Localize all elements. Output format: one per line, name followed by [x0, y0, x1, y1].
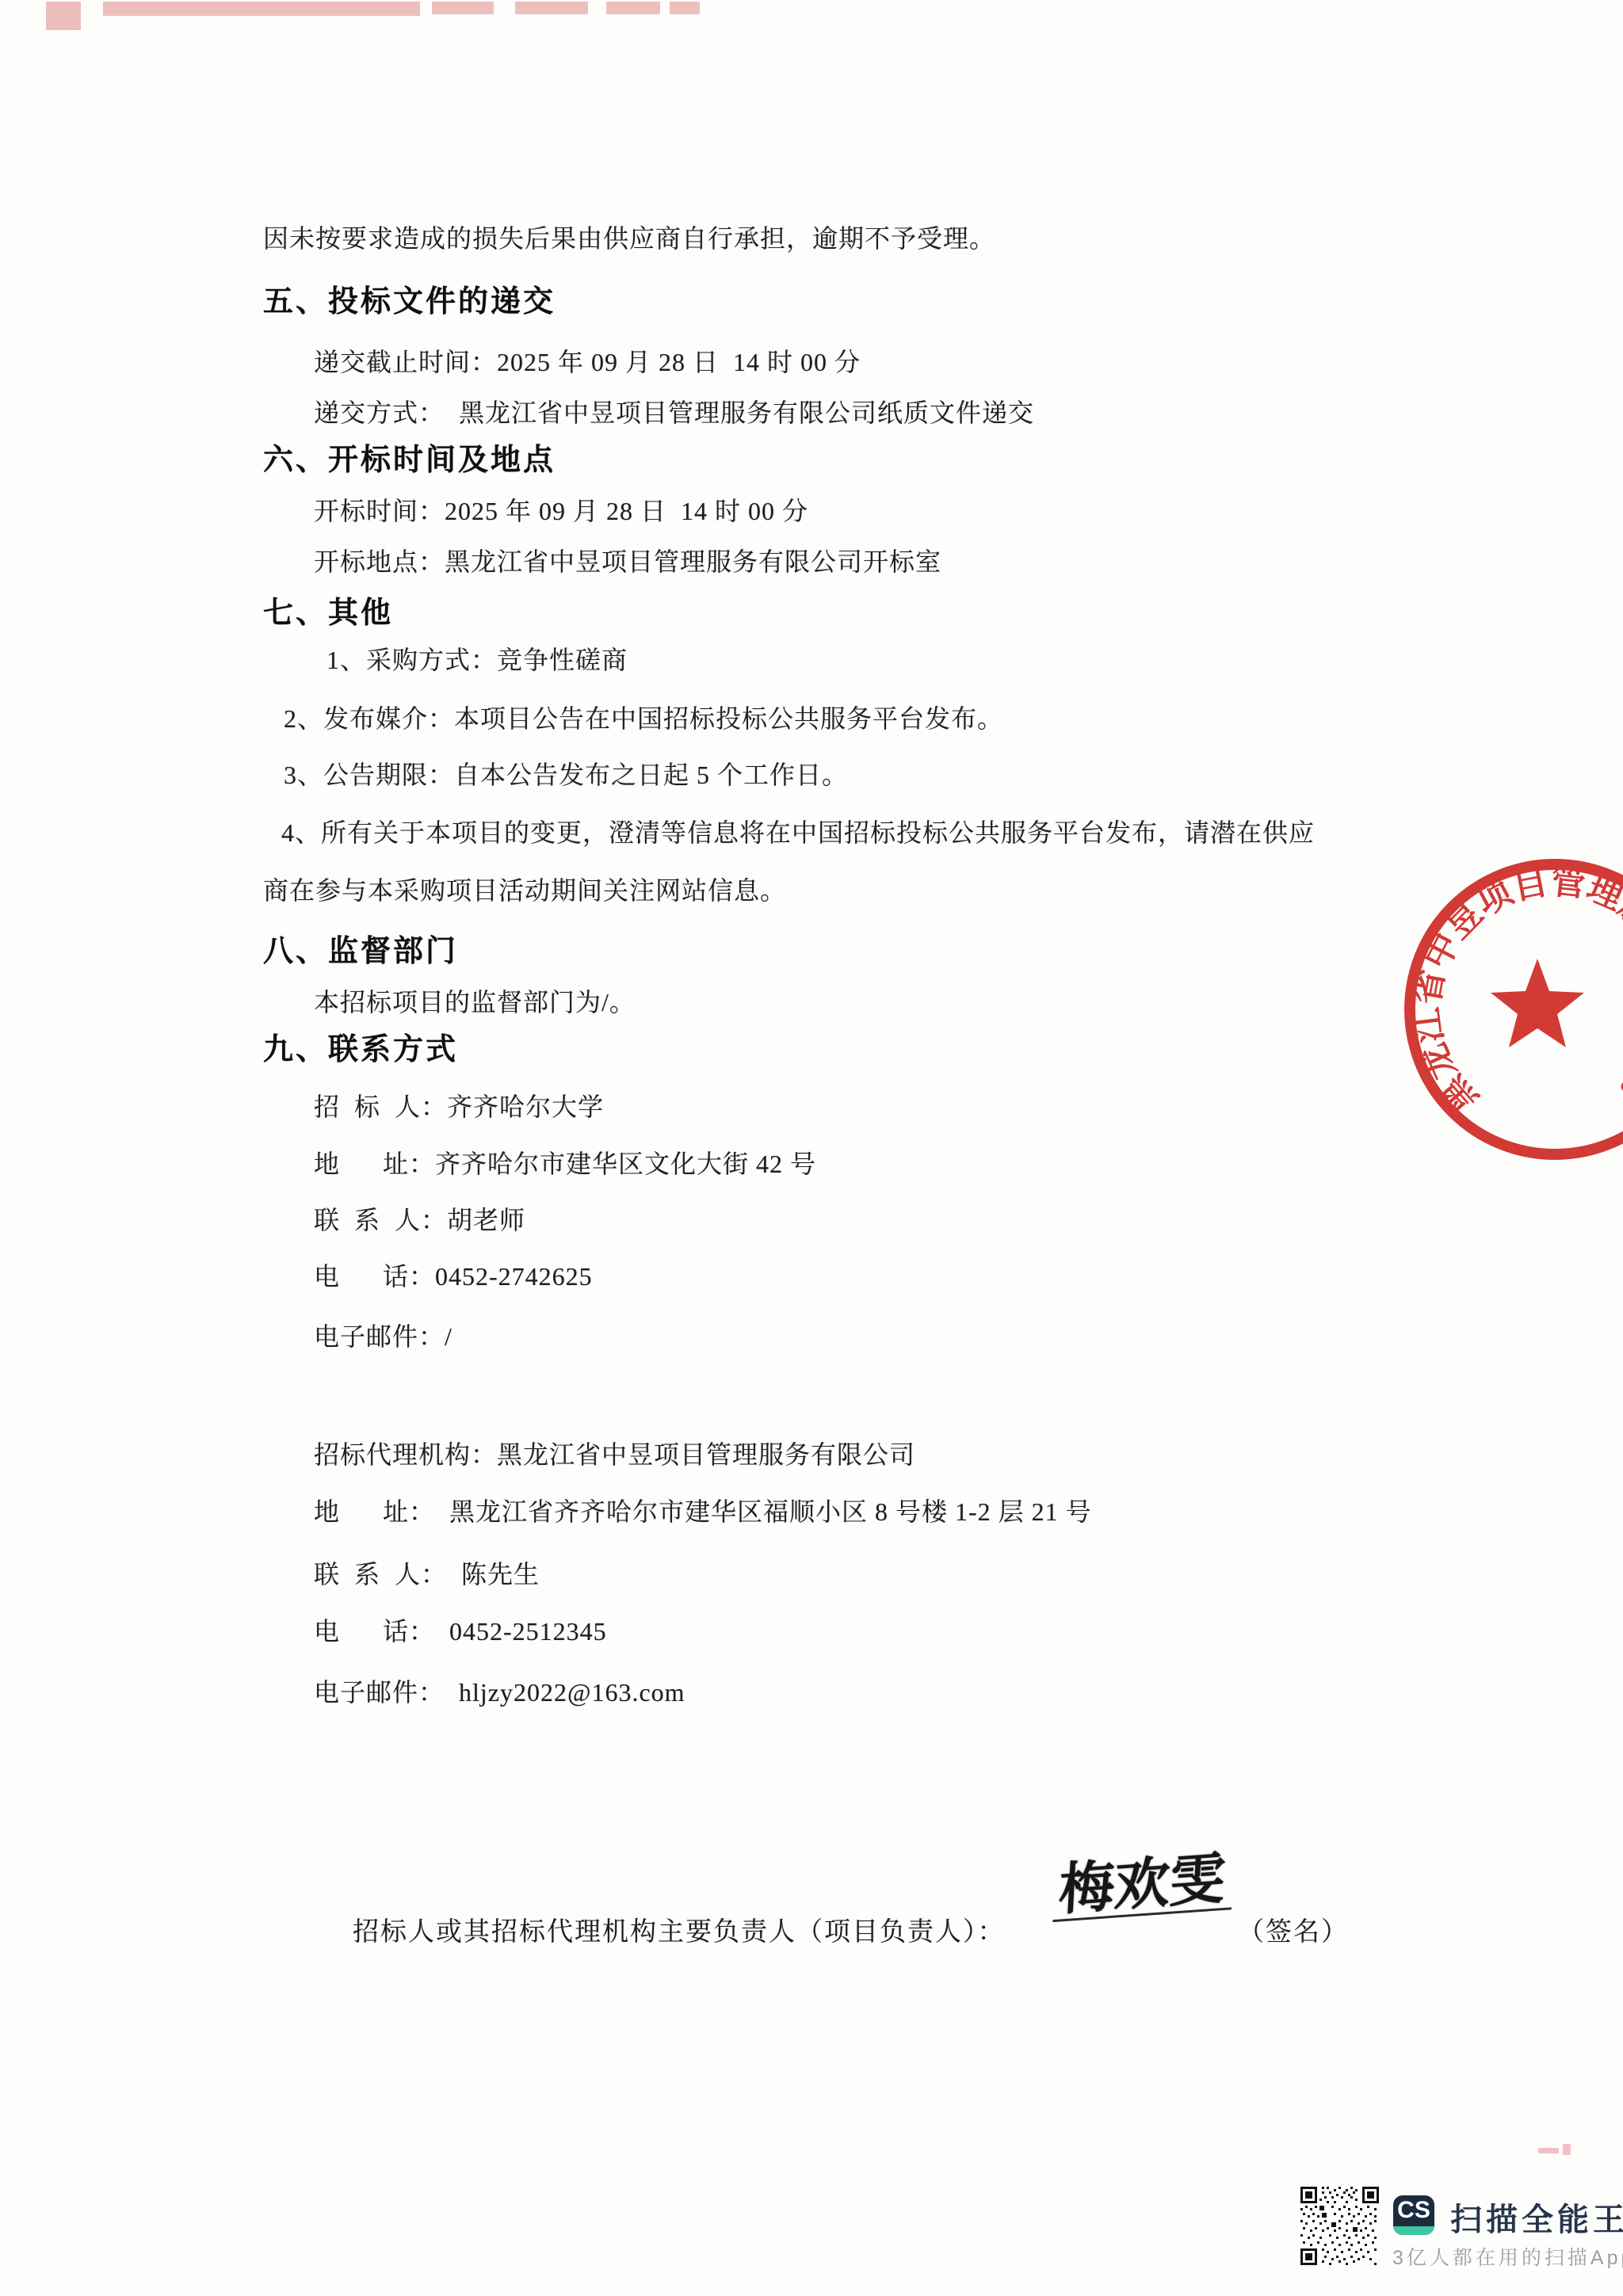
signature-label: 招标人或其招标代理机构主要负责人（项目负责人）： — [353, 1911, 1006, 1948]
section-5-heading: 五、投标文件的递交 — [263, 277, 556, 320]
scan-artifact — [606, 2, 660, 14]
camscanner-app-name: 扫描全能王 — [1450, 2195, 1623, 2240]
camscanner-logo-text: CS — [1393, 2197, 1434, 2224]
section-6-heading: 六、开标时间及地点 — [263, 435, 556, 479]
tenderer-address: 地 址：齐齐哈尔市建华区文化大街 42 号 — [314, 1144, 816, 1180]
section-7-heading: 七、其他 — [263, 588, 393, 631]
seal-ring-text: 黑龙江省中昱项目管理服务有限公司 — [1407, 862, 1623, 1119]
qr-code — [1300, 2186, 1379, 2266]
scan-artifact — [670, 2, 700, 14]
scanned-document-page: 因未按要求造成的损失后果由供应商自行承担，逾期不予受理。 五、投标文件的递交 递… — [0, 0, 1623, 2296]
agency-contact: 联 系 人： 陈先生 — [314, 1554, 540, 1591]
agency-name: 招标代理机构：黑龙江省中昱项目管理服务有限公司 — [314, 1435, 915, 1471]
section-9-heading: 九、联系方式 — [263, 1024, 458, 1068]
seal-ring-text-holder: 黑龙江省中昱项目管理服务有限公司 — [1407, 862, 1623, 1119]
section-8-heading: 八、监督部门 — [263, 926, 458, 970]
scan-artifact — [46, 2, 81, 30]
procurement-method: 1、采购方式：竞争性磋商 — [327, 640, 628, 677]
scan-artifact — [515, 2, 588, 14]
tenderer-name: 招 标 人：齐齐哈尔大学 — [314, 1087, 604, 1123]
supervision-department: 本招标项目的监督部门为/。 — [314, 982, 636, 1019]
scan-artifact — [103, 2, 420, 16]
paragraph-liability: 因未按要求造成的损失后果由供应商自行承担，逾期不予受理。 — [263, 219, 995, 255]
camscanner-logo-accent — [1393, 2226, 1434, 2235]
agency-email: 电子邮件： hljzy2022@163.com — [314, 1672, 685, 1709]
changes-notice-line1: 4、所有关于本项目的变更，澄清等信息将在中国招标投标公共服务平台发布，请潜在供应 — [281, 813, 1315, 849]
tenderer-email: 电子邮件：/ — [314, 1317, 453, 1353]
camscanner-tagline: 3亿人都在用的扫描App — [1392, 2242, 1623, 2271]
official-seal: 黑龙江省中昱项目管理服务有限公司 2302030 — [1387, 840, 1623, 1188]
submission-method: 递交方式： 黑龙江省中昱项目管理服务有限公司纸质文件递交 — [314, 393, 1034, 429]
camscanner-logo: CS — [1393, 2195, 1434, 2235]
agency-phone: 电 话： 0452-2512345 — [314, 1611, 607, 1648]
publish-media: 2、发布媒介：本项目公告在中国招标投标公共服务平台发布。 — [284, 699, 1003, 735]
changes-notice-line2: 商在参与本采购项目活动期间关注网站信息。 — [263, 871, 786, 907]
agency-address: 地 址： 黑龙江省齐齐哈尔市建华区福顺小区 8 号楼 1-2 层 21 号 — [314, 1492, 1092, 1528]
submission-deadline: 递交截止时间：2025 年 09 月 28 日 14 时 00 分 — [314, 342, 861, 379]
seal-star — [1491, 959, 1584, 1047]
tenderer-phone: 电 话：0452-2742625 — [314, 1257, 593, 1293]
handwritten-signature: 梅欢雯 — [1052, 1852, 1234, 1922]
scan-artifact — [1538, 2148, 1559, 2153]
signature-suffix: （签名） — [1238, 1911, 1349, 1948]
tenderer-contact: 联 系 人：胡老师 — [314, 1200, 525, 1237]
bid-opening-place: 开标地点：黑龙江省中昱项目管理服务有限公司开标室 — [314, 542, 941, 578]
scan-artifact — [1563, 2144, 1571, 2155]
scan-artifact — [432, 2, 494, 14]
announcement-period: 3、公告期限：自本公告发布之日起 5 个工作日。 — [284, 755, 848, 791]
bid-opening-time: 开标时间：2025 年 09 月 28 日 14 时 00 分 — [314, 491, 808, 528]
